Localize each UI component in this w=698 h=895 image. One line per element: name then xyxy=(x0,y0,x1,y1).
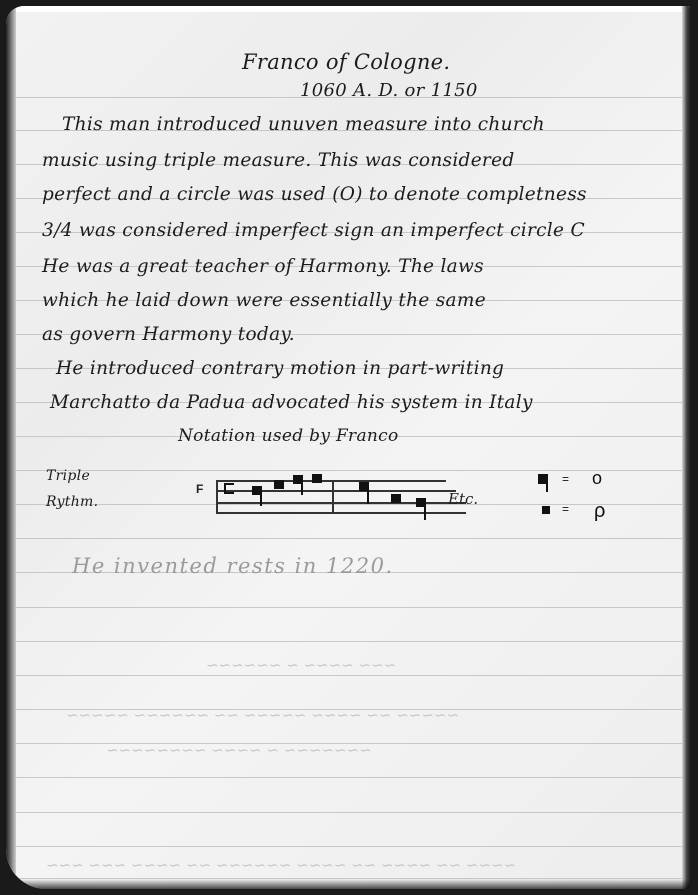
ruled-line xyxy=(16,812,682,813)
note-clef-mark xyxy=(224,483,234,494)
notation-caption: Notation used by Franco xyxy=(178,426,399,446)
long-note-stem xyxy=(546,474,548,492)
body-line-8: He introduced contrary motion in part-wr… xyxy=(56,358,504,379)
body-line-4: 3/4 was considered imperfect sign an imp… xyxy=(42,220,585,241)
note-square xyxy=(274,480,284,489)
note-stem xyxy=(301,475,303,495)
note-square xyxy=(391,494,401,503)
legend-equals-2: = xyxy=(562,502,569,516)
note-stem xyxy=(260,486,262,506)
side-label-triple: Triple xyxy=(46,468,90,484)
page-title: Franco of Cologne. xyxy=(242,50,450,74)
body-line-7: as govern Harmony today. xyxy=(42,324,295,345)
note-square xyxy=(312,474,322,483)
note-stem xyxy=(424,498,426,520)
body-line-3: perfect and a circle was used (O) to den… xyxy=(42,184,587,205)
pencil-note: He invented rests in 1220. xyxy=(72,554,394,578)
bleed-through-text: ~~~~~~~ ~ ~~~~ ~~~~~~~~ xyxy=(106,741,372,759)
date-line: 1060 A. D. or 1150 xyxy=(300,80,478,101)
body-line-1: This man introduced unuven measure into … xyxy=(62,114,545,135)
page-top-edge xyxy=(6,6,690,12)
ruled-line xyxy=(16,675,682,676)
body-line-5: He was a great teacher of Harmony. The l… xyxy=(42,256,484,277)
bleed-through-text: ~~~ ~~~~ ~ ~~~~~~ xyxy=(206,656,396,674)
f-clef-label: F xyxy=(196,482,203,496)
ruled-line xyxy=(16,538,682,539)
staff-barline xyxy=(216,480,218,513)
etc-label: Etc. xyxy=(448,490,478,508)
page-bottom-shadow xyxy=(6,879,690,889)
body-line-2: music using triple measure. This was con… xyxy=(42,150,514,171)
side-label-rhythm: Rythm. xyxy=(46,494,98,510)
staff-barline xyxy=(332,480,334,513)
staff-line xyxy=(216,480,446,482)
staff-line xyxy=(216,512,466,514)
legend-equals-1: = xyxy=(562,472,569,486)
note-stem xyxy=(367,482,369,504)
notebook-page: ~~~ ~~~~ ~ ~~~~~~ ~~~~~ ~~ ~~~~ ~~~~~ ~~… xyxy=(6,6,690,889)
bleed-through-text: ~~~~ ~~ ~~~~ ~~ ~~~~ ~~~~~~ ~~ ~~~~ ~~~ … xyxy=(46,856,516,874)
legend-whole-note: o xyxy=(592,468,602,489)
music-staff: F Etc. xyxy=(196,474,486,522)
breve-note-symbol xyxy=(542,506,550,514)
ruled-line xyxy=(16,777,682,778)
body-line-6: which he laid down were essentially the … xyxy=(42,290,486,311)
ruled-line xyxy=(16,470,682,471)
page-binding-left xyxy=(6,6,16,889)
bleed-through-text: ~~~~~ ~~ ~~~~ ~~~~~ ~~ ~~~~~~ ~~~~~ xyxy=(66,706,459,724)
legend-half-note: ρ xyxy=(594,500,605,523)
ruled-line xyxy=(16,607,682,608)
ruled-line xyxy=(16,846,682,847)
body-line-9: Marchatto da Padua advocated his system … xyxy=(50,392,533,413)
ruled-line xyxy=(16,641,682,642)
page-binding-right xyxy=(682,6,690,889)
staff-line xyxy=(216,502,466,504)
